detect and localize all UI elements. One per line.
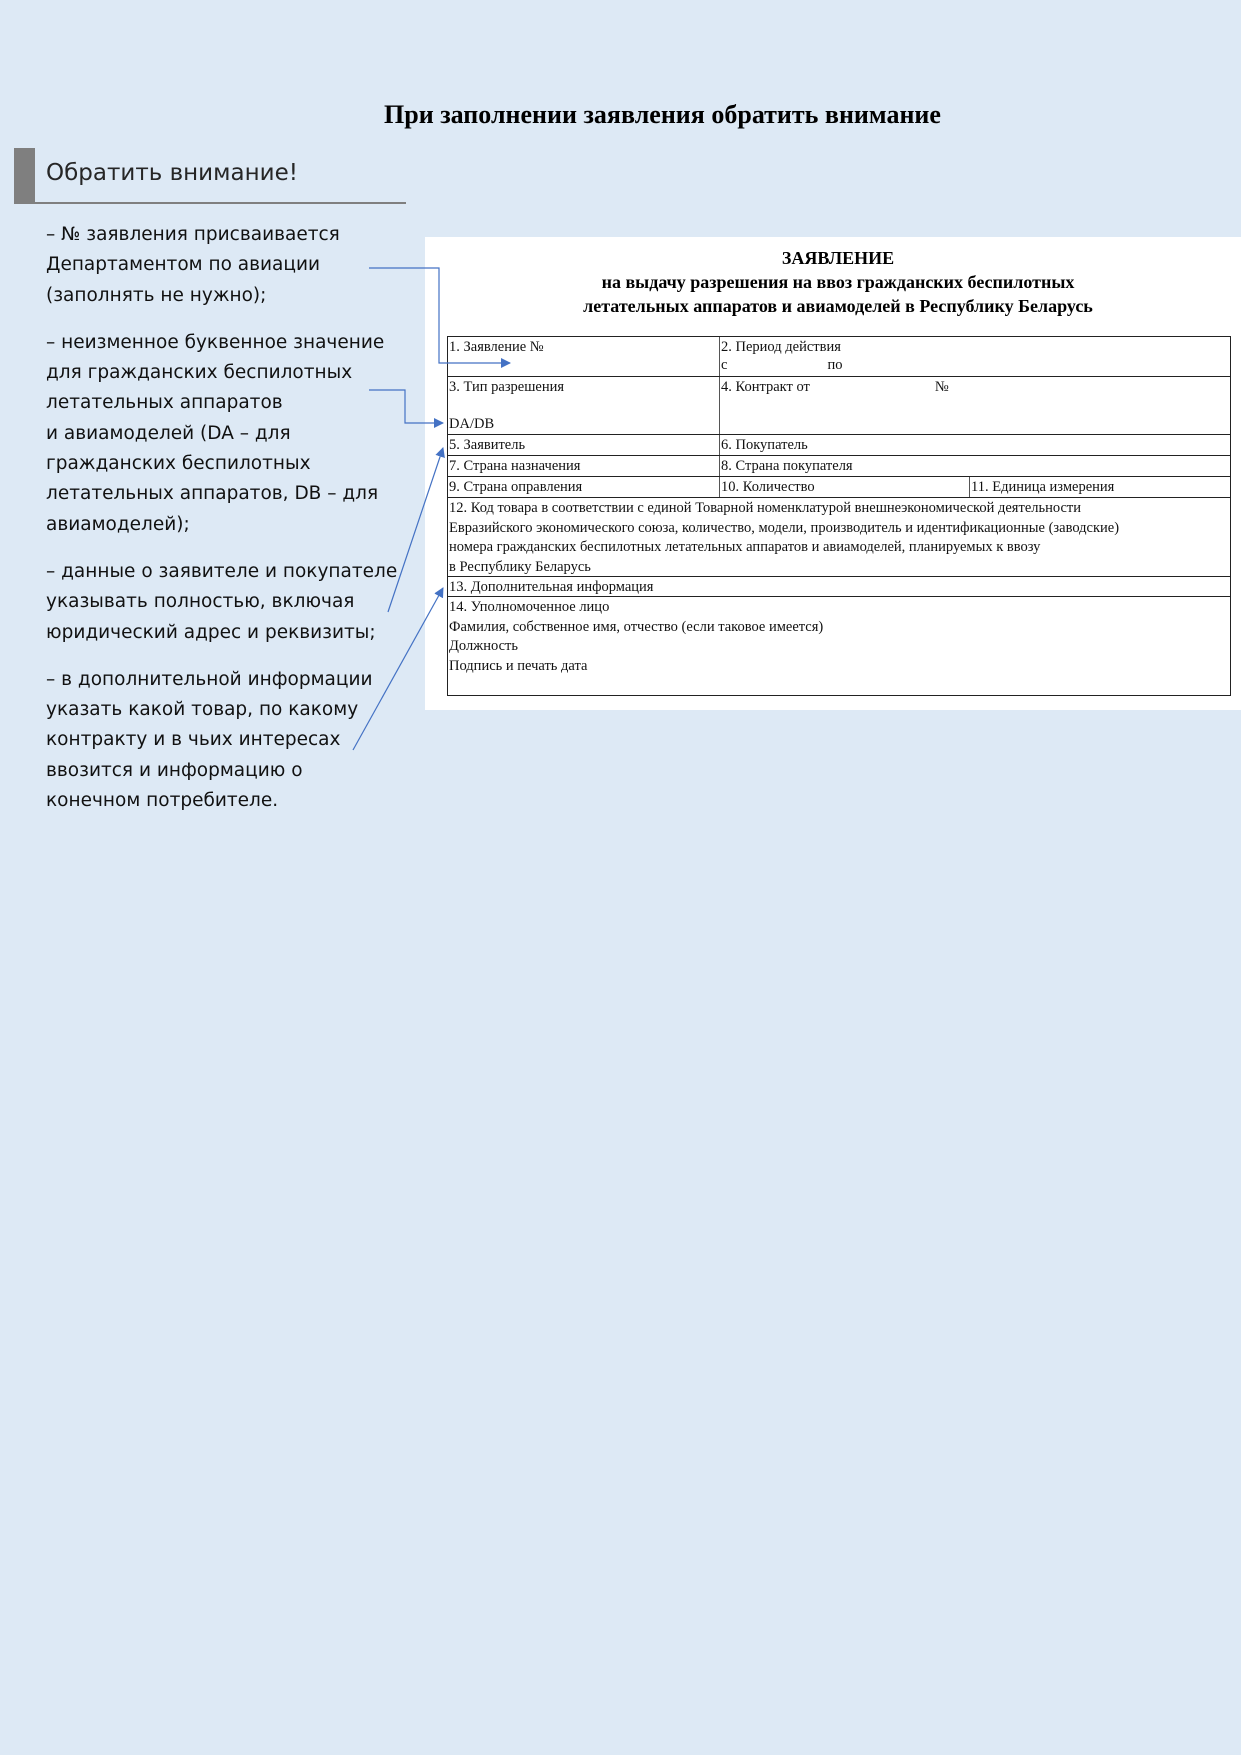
form-row: 5. Заявитель 6. Покупатель (447, 434, 1231, 455)
field-text-line: Должность (449, 637, 1229, 657)
field-label: 2. Период действия (721, 338, 1229, 356)
permit-type-value: DA/DB (449, 415, 494, 433)
form-title: ЗАЯВЛЕНИЕ на выдачу разрешения на ввоз г… (425, 246, 1241, 318)
period-from-label: с (721, 357, 727, 373)
note-line: для гражданских беспилотных (46, 358, 406, 388)
form-row: 3. Тип разрешения DA/DB 4. Контракт от№ (447, 376, 1231, 434)
form-row: 7. Страна назначения 8. Страна покупател… (447, 455, 1231, 476)
note-additional-info: – в дополнительной информации указать ка… (46, 665, 406, 816)
heading-accent-bar (14, 148, 35, 202)
field-dispatch-country: 9. Страна оправления (448, 477, 719, 497)
note-line: указать какой товар, по какому (46, 695, 406, 725)
note-line: – данные о заявителе и покупателе (46, 557, 406, 587)
field-applicant: 5. Заявитель (448, 435, 719, 455)
form-row: 9. Страна оправления 10. Количество 11. … (447, 476, 1231, 497)
field-text-line: Фамилия, собственное имя, отчество (если… (449, 618, 1229, 638)
note-line: и авиамоделей (DA – для (46, 419, 406, 449)
note-line: указывать полностью, включая (46, 587, 406, 617)
field-text-line: 12. Код товара в соответствии с единой Т… (449, 499, 1229, 519)
field-contract: 4. Контракт от№ (719, 377, 1230, 434)
form-row: 1. Заявление № 2. Период действия спо (447, 336, 1231, 376)
form-title-line: ЗАЯВЛЕНИЕ (425, 246, 1241, 270)
note-line: летательных аппаратов, DB – для (46, 479, 406, 509)
note-line: ввозится и информацию о (46, 756, 406, 786)
note-line: Департаментом по авиации (46, 250, 406, 280)
note-permit-type: – неизменное буквенное значение для граж… (46, 328, 406, 540)
field-quantity: 10. Количество (719, 477, 969, 497)
application-form-table: 1. Заявление № 2. Период действия спо 3.… (447, 336, 1231, 696)
note-application-number: – № заявления присваивается Департаменто… (46, 220, 406, 311)
field-unit: 11. Единица измерения (969, 477, 1230, 497)
field-validity-period: 2. Период действия спо (719, 337, 1230, 376)
note-line: – неизменное буквенное значение (46, 328, 406, 358)
note-line: гражданских беспилотных (46, 449, 406, 479)
attention-heading-text: Обратить внимание! (46, 160, 298, 186)
form-row: 14. Уполномоченное лицо Фамилия, собстве… (447, 596, 1231, 696)
field-text-line: номера гражданских беспилотных летательн… (449, 538, 1229, 558)
attention-heading: Обратить внимание! (14, 148, 406, 204)
period-to-label: по (827, 357, 842, 373)
note-line: авиамоделей); (46, 510, 406, 540)
form-title-line: на выдачу разрешения на ввоз гражданских… (425, 270, 1241, 294)
field-permit-type: 3. Тип разрешения DA/DB (448, 377, 719, 434)
field-authorized-person: 14. Уполномоченное лицо Фамилия, собстве… (448, 597, 1230, 695)
form-row: 13. Дополнительная информация (447, 576, 1231, 596)
note-line: конечном потребителе. (46, 786, 406, 816)
note-line: (заполнять не нужно); (46, 281, 406, 311)
form-title-line: летательных аппаратов и авиамоделей в Ре… (425, 294, 1241, 318)
note-applicant-buyer: – данные о заявителе и покупателе указыв… (46, 557, 406, 648)
field-additional-info: 13. Дополнительная информация (448, 577, 1230, 596)
field-label: 4. Контракт от (721, 379, 810, 395)
form-row: 12. Код товара в соответствии с единой Т… (447, 497, 1231, 576)
page-title: При заполнении заявления обратить вниман… (0, 100, 1241, 130)
field-application-number: 1. Заявление № (448, 337, 719, 376)
note-line: – в дополнительной информации (46, 665, 406, 695)
field-buyer-country: 8. Страна покупателя (719, 456, 1230, 476)
note-line: – № заявления присваивается (46, 220, 406, 250)
field-text-line: 14. Уполномоченное лицо (449, 598, 1229, 618)
field-destination-country: 7. Страна назначения (448, 456, 719, 476)
field-text-line: Подпись и печать дата (449, 657, 1229, 677)
field-goods-code: 12. Код товара в соответствии с единой Т… (448, 498, 1230, 576)
attention-notes: – № заявления присваивается Департаменто… (46, 220, 406, 833)
note-line: юридический адрес и реквизиты; (46, 618, 406, 648)
field-text-line: в Республику Беларусь (449, 558, 1229, 578)
note-line: летательных аппаратов (46, 388, 406, 418)
contract-number-label: № (935, 379, 949, 395)
field-buyer: 6. Покупатель (719, 435, 1230, 455)
note-line: контракту и в чьих интересах (46, 725, 406, 755)
field-label: 3. Тип разрешения (449, 378, 718, 396)
field-text-line: Евразийского экономического союза, колич… (449, 519, 1229, 539)
